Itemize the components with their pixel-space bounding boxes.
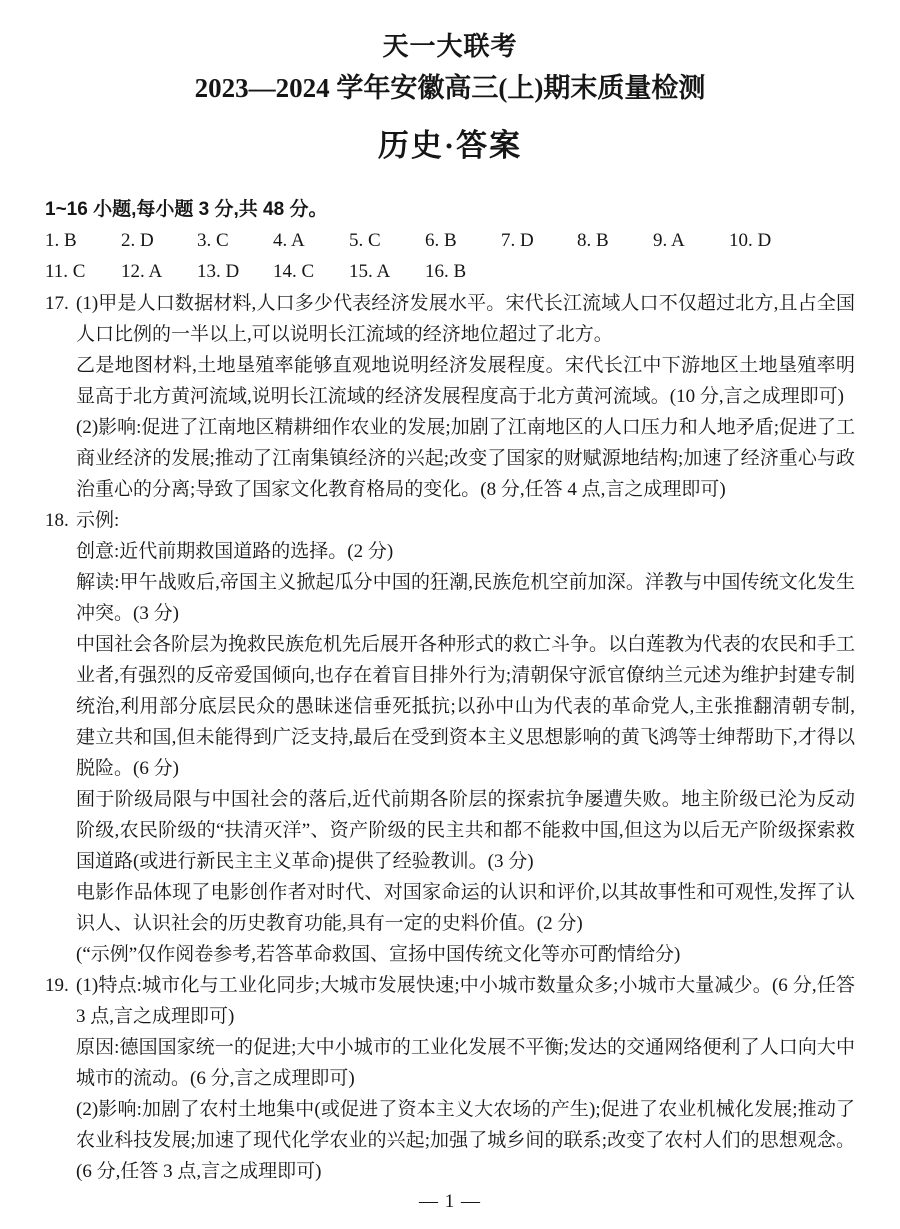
page-number: — 1 — [0,1191,900,1213]
mcq-answer-9: 9. A [653,225,729,256]
mcq-answer-15: 15. A [349,256,425,287]
subject-answer-title: 历史·答案 [45,126,855,166]
mcq-answer-6: 6. B [425,225,501,256]
mcq-answer-16: 16. B [425,256,501,287]
answer-sheet-page: 天一大联考 2023—2024 学年安徽高三(上)期末质量检测 历史·答案 1~… [0,0,900,1229]
mcq-answer-12: 12. A [121,256,197,287]
mcq-answer-10: 10. D [729,225,805,256]
answer-paragraph: 囿于阶级局限与中国社会的落后,近代前期各阶层的探索抗争屡遭失败。地主阶级已沦为反… [76,784,855,877]
answer-paragraph: 中国社会各阶层为挽救民族危机先后展开各种形式的救亡斗争。以白莲教为代表的农民和手… [76,629,855,784]
answer-paragraph: (2)影响:促进了江南地区精耕细作农业的发展;加剧了江南地区的人口压力和人地矛盾… [76,412,855,505]
mcq-answer-2: 2. D [121,225,197,256]
answer-paragraph: 电影作品体现了电影创作者对时代、对国家命运的认识和评价,以其故事性和可观性,发挥… [76,877,855,939]
question-18-number: 18. [45,505,69,536]
answer-paragraph: 示例: [76,505,855,536]
exam-brand-title: 天一大联考 [45,30,855,64]
mcq-answer-grid: 1. B 2. D 3. C 4. A 5. C 6. B 7. D 8. B … [45,225,855,287]
question-17-number: 17. [45,288,69,319]
answer-paragraph: (2)影响:加剧了农村土地集中(或促进了资本主义大农场的产生);促进了农业机械化… [76,1094,855,1187]
answer-paragraph: (1)特点:城市化与工业化同步;大城市发展快速;中小城市数量众多;小城市大量减少… [76,970,855,1032]
question-19-number: 19. [45,970,69,1001]
answer-paragraph: (“示例”仅作阅卷参考,若答革命救国、宣扬中国传统文化等亦可酌情给分) [76,939,855,970]
answer-paragraph: 创意:近代前期救国道路的选择。(2 分) [76,536,855,567]
question-17-answer: 17. (1)甲是人口数据材料,人口多少代表经济发展水平。宋代长江流域人口不仅超… [45,288,855,505]
answer-paragraph: 乙是地图材料,土地垦殖率能够直观地说明经济发展程度。宋代长江中下游地区土地垦殖率… [76,350,855,412]
mcq-answer-14: 14. C [273,256,349,287]
mcq-answer-5: 5. C [349,225,425,256]
exam-session-title: 2023—2024 学年安徽高三(上)期末质量检测 [45,70,855,106]
mcq-instructions: 1~16 小题,每小题 3 分,共 48 分。 [45,194,855,225]
mcq-answer-8: 8. B [577,225,653,256]
answer-paragraph: 原因:德国国家统一的促进;大中小城市的工业化发展不平衡;发达的交通网络便利了人口… [76,1032,855,1094]
mcq-answer-4: 4. A [273,225,349,256]
answer-paragraph: (1)甲是人口数据材料,人口多少代表经济发展水平。宋代长江流域人口不仅超过北方,… [76,288,855,350]
mcq-answer-3: 3. C [197,225,273,256]
question-19-answer: 19. (1)特点:城市化与工业化同步;大城市发展快速;中小城市数量众多;小城市… [45,970,855,1187]
mcq-answer-1: 1. B [45,225,121,256]
mcq-answer-13: 13. D [197,256,273,287]
mcq-answer-7: 7. D [501,225,577,256]
mcq-answer-11: 11. C [45,256,121,287]
question-18-answer: 18. 示例: 创意:近代前期救国道路的选择。(2 分) 解读:甲午战败后,帝国… [45,505,855,970]
answer-paragraph: 解读:甲午战败后,帝国主义掀起瓜分中国的狂潮,民族危机空前加深。洋教与中国传统文… [76,567,855,629]
